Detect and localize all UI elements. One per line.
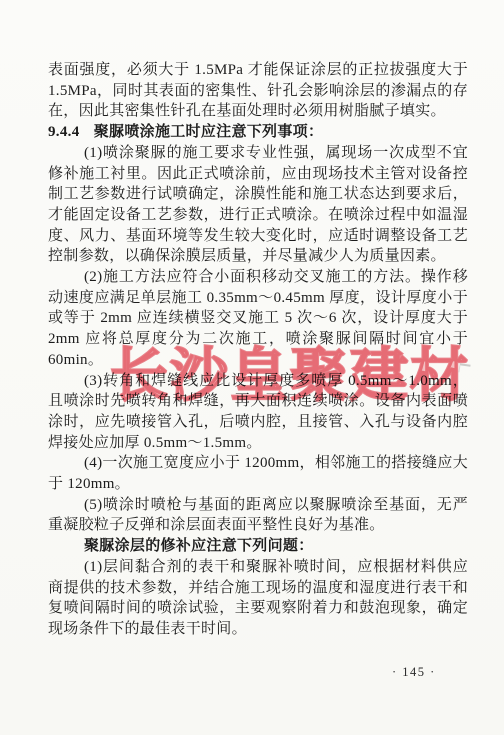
spray-item-3: (3)转角和焊缝线应比设计厚度多喷厚 0.5mm～1.0mm，且喷涂时先喷转角和… [48, 371, 468, 454]
spray-item-2: (2)施工方法应符合小面积移动交叉施工的方法。操作移动速度应满足单层施工 0.3… [48, 267, 468, 371]
section-title: 聚脲喷涂施工时应注意下列事项： [94, 124, 324, 140]
spray-item-5: (5)喷涂时喷枪与基面的距离应以聚脲喷涂至基面，无严重凝胶粒子反弹和涂层面表面平… [48, 495, 468, 536]
text-column: 表面强度，必须大于 1.5MPa 才能保证涂层的正拉拔强度大于 1.5MPa，同… [48, 60, 468, 640]
page-number: · 145 · [392, 665, 436, 680]
scan-artifact [458, 363, 470, 373]
section-number: 9.4.4 [48, 124, 80, 140]
scanned-document-page: 表面强度，必须大于 1.5MPa 才能保证涂层的正拉拔强度大于 1.5MPa，同… [0, 0, 504, 735]
spray-item-1: (1)喷涂聚脲的施工要求专业性强，属现场一次成型不宜修补施工衬里。因此正式喷涂前… [48, 143, 468, 267]
repair-heading: 聚脲涂层的修补应注意下列问题： [48, 536, 468, 557]
repair-item-1: (1)层间黏合剂的表干和聚脲补喷时间，应根据材料供应商提供的技术参数，并结合施工… [48, 557, 468, 640]
paragraph-continuation: 表面强度，必须大于 1.5MPa 才能保证涂层的正拉拔强度大于 1.5MPa，同… [48, 60, 468, 122]
spray-item-4: (4)一次施工宽度应小于 1200mm，相邻施工的搭接缝应大于 120mm。 [48, 453, 468, 494]
section-heading: 9.4.4聚脲喷涂施工时应注意下列事项： [48, 122, 468, 143]
